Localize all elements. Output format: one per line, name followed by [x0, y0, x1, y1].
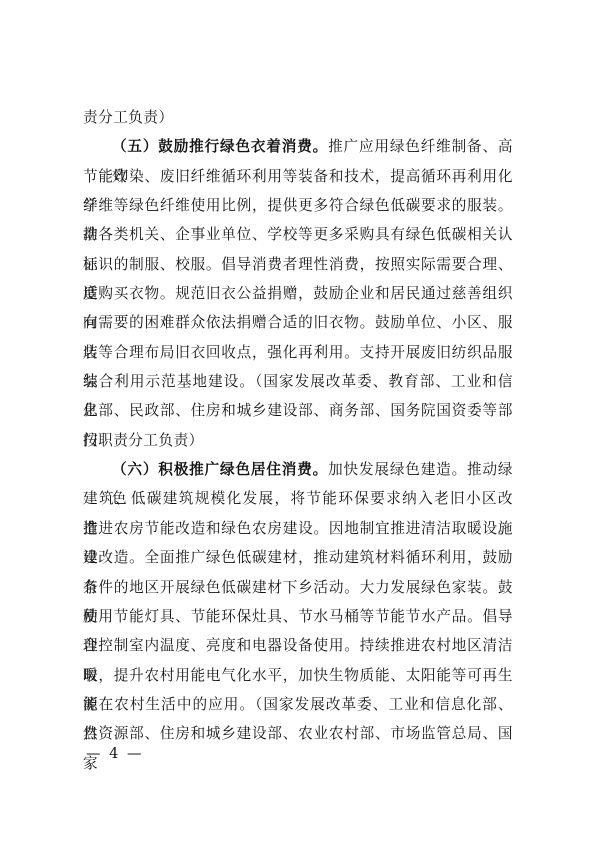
text-line: 理控制室内温度、亮度和电器设备使用。持续推进农村地区清洁取	[83, 631, 513, 660]
section-heading: （五）鼓励推行绿色衣着消费。	[112, 138, 328, 155]
page-number: — 4 —	[86, 746, 143, 762]
text-line: （五）鼓励推行绿色衣着消费。推广应用绿色纤维制备、高效	[83, 132, 513, 161]
text-line: 按职责分工负责）	[83, 426, 513, 455]
text-line: 节能印染、废旧纤维循环利用等装备和技术，提高循环再利用化学	[83, 162, 513, 191]
text-line: 责分工负责）	[83, 103, 513, 132]
text-block: 责分工负责）（五）鼓励推行绿色衣着消费。推广应用绿色纤维制备、高效节能印染、废旧…	[83, 103, 513, 749]
text-line: 设改造。全面推广绿色低碳建材，推动建筑材料循环利用，鼓励有	[83, 543, 513, 572]
text-line: 推进农房节能改造和绿色农房建设。因地制宜推进清洁取暖设施建	[83, 514, 513, 543]
text-line: 动各类机关、企事业单位、学校等更多采购具有绿色低碳相关认证	[83, 220, 513, 249]
text-line: 度购买衣物。规范旧衣公益捐赠，鼓励企业和居民通过慈善组织向	[83, 279, 513, 308]
text-line: 纤维等绿色纤维使用比例，提供更多符合绿色低碳要求的服装。推	[83, 191, 513, 220]
text-line: 店等合理布局旧衣回收点，强化再利用。支持开展废旧纺织品服装	[83, 338, 513, 367]
text-line: 使用节能灯具、节能环保灶具、节水马桶等节能节水产品。倡导合	[83, 602, 513, 631]
section-heading: （六）积极推广绿色居住消费。	[112, 461, 328, 478]
text-line: （六）积极推广绿色居住消费。加快发展绿色建造。推动绿色	[83, 455, 513, 484]
text-line: 建筑、低碳建筑规模化发展，将节能环保要求纳入老旧小区改造。	[83, 484, 513, 513]
text-line: 源在农村生活中的应用。（国家发展改革委、工业和信息化部、自	[83, 690, 513, 719]
text-line: 暖，提升农村用能电气化水平，加快生物质能、太阳能等可再生能	[83, 661, 513, 690]
text-line: 条件的地区开展绿色低碳建材下乡活动。大力发展绿色家装。鼓励	[83, 573, 513, 602]
text-line: 化部、民政部、住房和城乡建设部、商务部、国务院国资委等部门	[83, 396, 513, 425]
document-page: 责分工负责）（五）鼓励推行绿色衣着消费。推广应用绿色纤维制备、高效节能印染、废旧…	[0, 0, 595, 841]
text-line: 标识的制服、校服。倡导消费者理性消费，按照实际需要合理、适	[83, 250, 513, 279]
text-line: 综合利用示范基地建设。（国家发展改革委、教育部、工业和信息	[83, 367, 513, 396]
text-line: 然资源部、住房和城乡建设部、农业农村部、市场监管总局、国家	[83, 719, 513, 748]
text-line: 有需要的困难群众依法捐赠合适的旧衣物。鼓励单位、小区、服装	[83, 308, 513, 337]
